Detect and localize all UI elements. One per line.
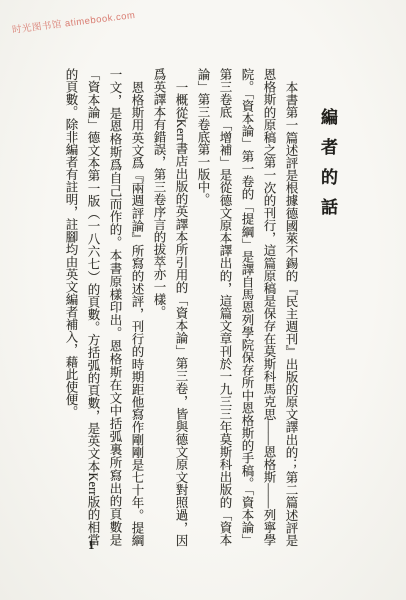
scanned-book-page: 时光图书馆 atimebook.com 編者的話 本書第一篇述評是根據德國萊不錫…	[0, 0, 406, 600]
paragraph: 一概從Kerr書店出版的英譯本所引用的「資本論」第三卷，皆與德文原文對照過，因爲…	[148, 68, 192, 546]
body-text: 本書第一篇述評是根據德國萊不錫的『民主週刊』出版的原文譯出的；第二篇述評是恩格斯…	[60, 68, 302, 546]
page-title: 編者的話	[315, 108, 340, 228]
paragraph: 恩格斯用英文爲『兩週評論』所寫的述評，刊行的時期距他寫作剛剛是七十年。提綱一文，…	[60, 68, 148, 546]
paragraph: 本書第一篇述評是根據德國萊不錫的『民主週刊』出版的原文譯出的；第二篇述評是恩格斯…	[192, 68, 302, 546]
page-number: 1	[88, 537, 95, 553]
watermark: 时光图书馆 atimebook.com	[11, 7, 136, 36]
